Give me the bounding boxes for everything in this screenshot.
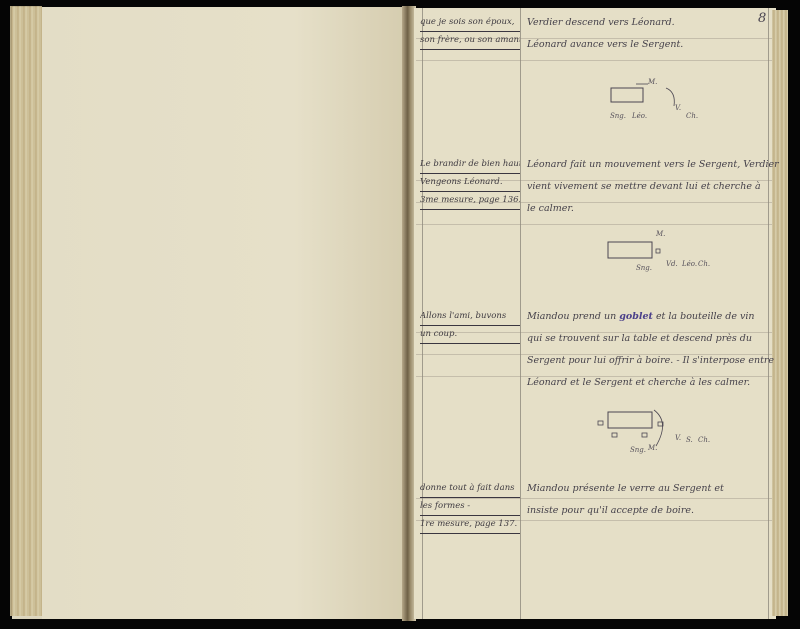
direction-line: Verdier descend vers Léonard.: [527, 12, 772, 34]
direction-line: insiste pour qu'il accepte de boire.: [527, 500, 772, 522]
highlighted-word: goblet: [619, 311, 653, 322]
direction-line: Miandou prend un goblet et la bouteille …: [527, 306, 772, 328]
diagram-label: Léo.: [632, 112, 647, 120]
diagram-label: V.: [675, 104, 681, 112]
diagram-label: S.: [686, 436, 693, 444]
diagram-label: M.: [656, 230, 665, 238]
cue-line: Allons l'ami, buvons: [420, 308, 520, 326]
cue-line: Vengeons Léonard.: [420, 174, 520, 192]
direction-line: Léonard fait un mouvement vers le Sergen…: [527, 154, 772, 176]
diagram-label: M.: [648, 444, 657, 452]
diagram-label: Sng.: [630, 446, 646, 454]
direction-text: Miandou prend un: [527, 311, 616, 322]
stage-direction-1: Verdier descend vers Léonard. Léonard av…: [527, 12, 772, 56]
cue-text-4: donne tout à fait dans les formes - 1re …: [420, 480, 520, 534]
ruled-line: [416, 224, 772, 225]
cue-line: que je sois son époux,: [420, 14, 520, 32]
stage-direction-3: Miandou prend un goblet et la bouteille …: [527, 306, 772, 394]
cue-line: 1re mesure, page 137.: [420, 516, 520, 534]
column-divider: [520, 8, 521, 619]
cue-line: un coup.: [420, 326, 520, 344]
diagram-label: V.: [675, 434, 681, 442]
left-page-edges: [10, 6, 42, 616]
diagram-label: Sng.: [636, 264, 652, 272]
cue-line: les formes -: [420, 498, 520, 516]
direction-line: Léonard avance vers le Sergent.: [527, 34, 772, 56]
cue-text-2: Le brandir de bien haut - Vengeons Léona…: [420, 156, 520, 210]
cue-line: donne tout à fait dans: [420, 480, 520, 498]
direction-line: le calmer.: [527, 198, 772, 220]
diagram-label: Vd.: [666, 260, 678, 268]
open-notebook: 8 que je sois son époux, son frère, ou s…: [0, 0, 800, 629]
cue-text-3: Allons l'ami, buvons un coup.: [420, 308, 520, 344]
direction-line: Miandou présente le verre au Sergent et: [527, 478, 772, 500]
stage-direction-2: Léonard fait un mouvement vers le Sergen…: [527, 154, 772, 220]
diagram-label: Léo.: [682, 260, 697, 268]
cue-line: 3me mesure, page 136.: [420, 192, 520, 210]
diagram-label: Ch.: [698, 436, 710, 444]
direction-line: vient vivement se mettre devant lui et c…: [527, 176, 772, 198]
diagram-label: Ch.: [698, 260, 710, 268]
ruled-line: [416, 60, 772, 61]
left-page-blank-area: [42, 7, 402, 619]
direction-line: Léonard et le Sergent et cherche à les c…: [527, 372, 772, 394]
diagram-label: Ch.: [686, 112, 698, 120]
direction-line: Sergent pour lui offrir à boire. - Il s'…: [527, 350, 772, 372]
blocking-diagram-2: [596, 232, 706, 282]
cue-line: son frère, ou son amant.: [420, 32, 520, 50]
diagram-label: Sng.: [610, 112, 626, 120]
cue-line: Le brandir de bien haut -: [420, 156, 520, 174]
cue-text-1: que je sois son époux, son frère, ou son…: [420, 14, 520, 50]
stage-direction-4: Miandou présente le verre au Sergent et …: [527, 478, 772, 522]
direction-text: et la bouteille de vin: [656, 311, 755, 322]
diagram-label: M.: [648, 78, 657, 86]
direction-line: qui se trouvent sur la table et descend …: [527, 328, 772, 350]
right-page-edges: [772, 10, 788, 616]
